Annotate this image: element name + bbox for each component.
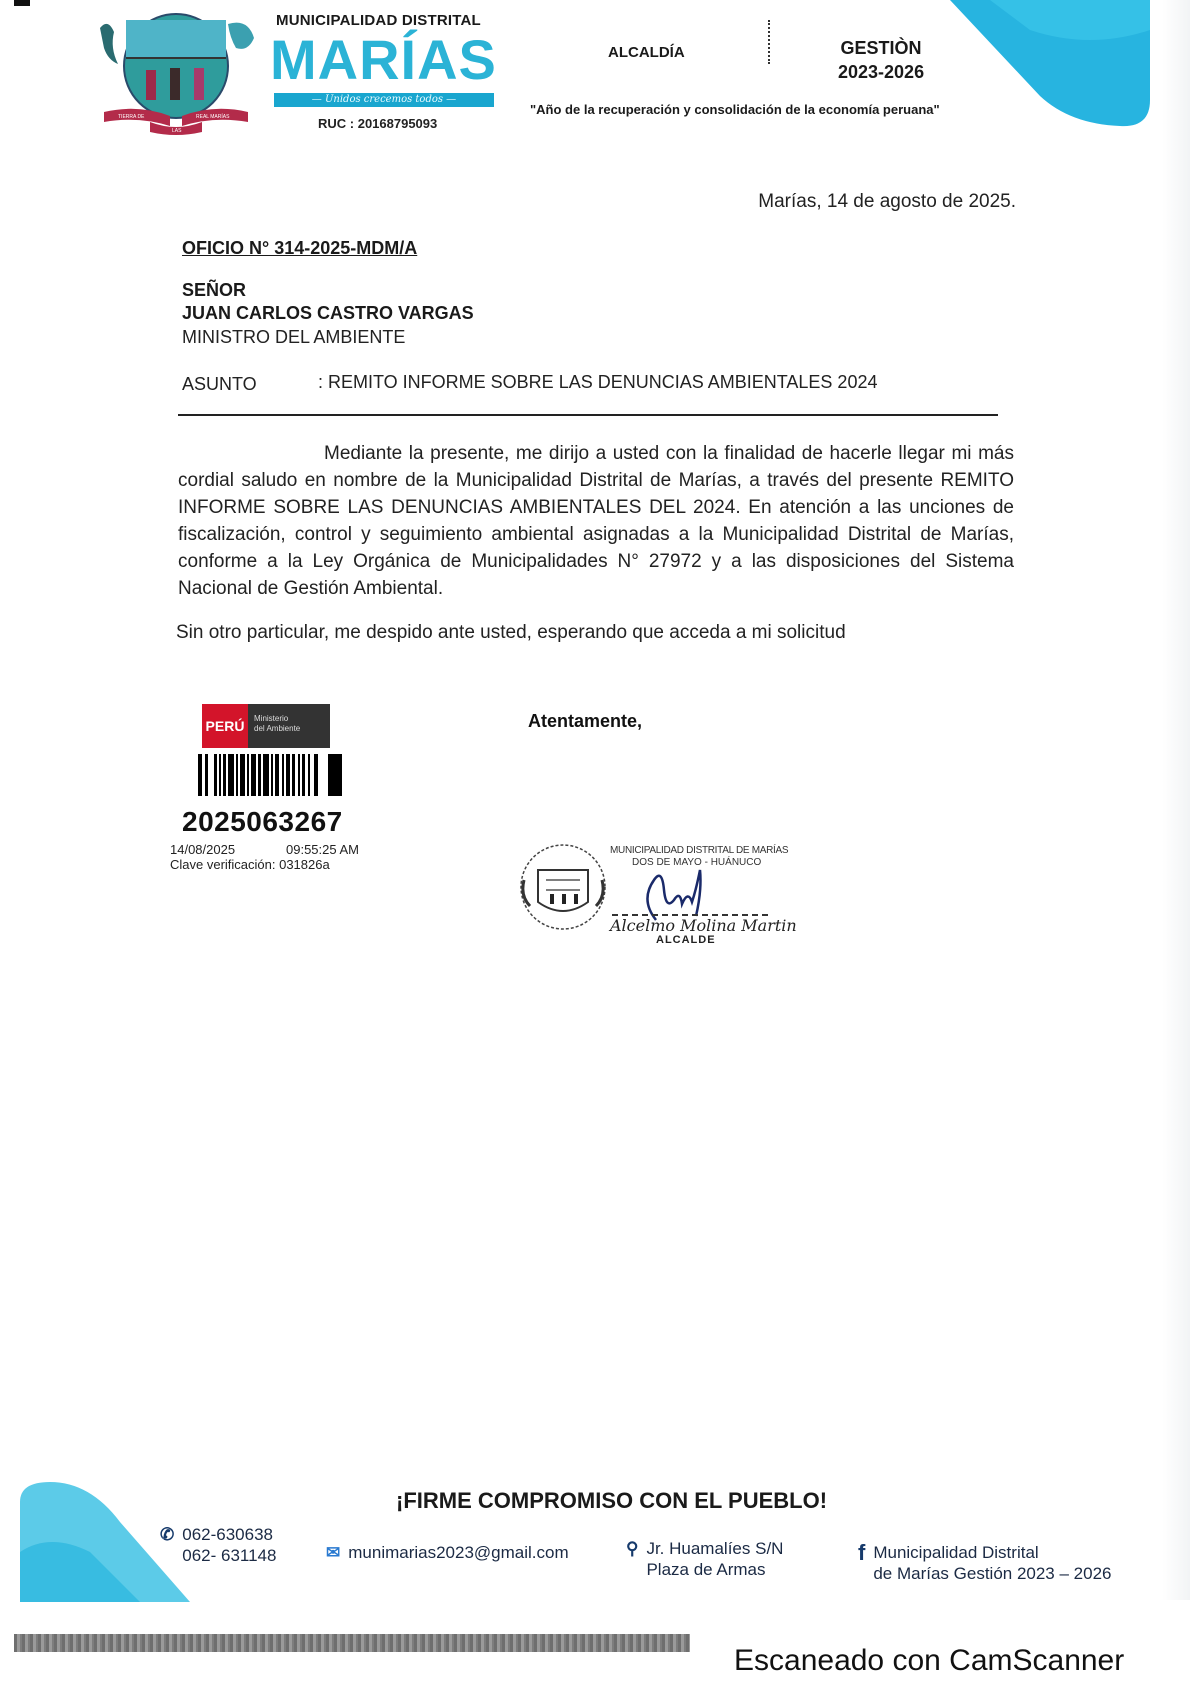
- place-date: Marías, 14 de agosto de 2025.: [758, 191, 1016, 213]
- contact-email: ✉ munimarias2023@gmail.com: [326, 1542, 569, 1563]
- signer-role: ALCALDE: [656, 934, 716, 946]
- slogan-banner: — Unidos crecemos todos —: [274, 93, 494, 107]
- municipality-label: MUNICIPALIDAD DISTRITAL: [276, 12, 481, 29]
- verification-key: Clave verificación: 031826a: [170, 857, 330, 872]
- seal-line-1: MUNICIPALIDAD DISTRITAL DE MARÍAS: [610, 845, 788, 856]
- municipal-crest-logo: TIERRA DE LAS REAL MARÍAS: [98, 8, 258, 138]
- map-pin-icon: ⚲: [626, 1538, 638, 1559]
- barcode: [198, 754, 348, 796]
- subject-label: ASUNTO: [182, 374, 257, 395]
- recipient-name: JUAN CARLOS CASTRO VARGAS: [182, 303, 474, 324]
- phone-1: 062-630638: [182, 1524, 276, 1545]
- ministry-logo: PERÚ Ministerio del Ambiente: [202, 704, 330, 748]
- management-years: 2023-2026: [838, 60, 924, 84]
- closing-line: Sin otro particular, me despido ante ust…: [176, 622, 846, 644]
- scan-corner-mark: [14, 0, 30, 6]
- contact-address: ⚲ Jr. Huamalíes S/N Plaza de Armas: [626, 1538, 783, 1580]
- contact-phone: ✆ 062-630638 062- 631148: [160, 1524, 276, 1566]
- phone-icon: ✆: [160, 1524, 174, 1545]
- header-divider: [768, 20, 772, 64]
- footer-slogan: ¡FIRME COMPROMISO CON EL PUEBLO!: [396, 1488, 827, 1514]
- subject-rule: [178, 414, 998, 416]
- signer-name: Alcelmo Molina Martin: [610, 916, 797, 935]
- facebook-icon: f: [858, 1542, 865, 1563]
- facebook-line-1: Municipalidad Distrital: [873, 1542, 1111, 1563]
- subject-value: : REMITO INFORME SOBRE LAS DENUNCIAS AMB…: [318, 372, 877, 393]
- email-address[interactable]: munimarias2023@gmail.com: [348, 1542, 568, 1563]
- municipality-name: MARÍAS: [270, 30, 497, 90]
- address-line-2: Plaza de Armas: [646, 1559, 783, 1580]
- phone-2: 062- 631148: [182, 1545, 276, 1566]
- official-seal: [516, 840, 610, 934]
- management-period: GESTIÒN 2023-2026: [838, 36, 924, 84]
- svg-text:LAS: LAS: [172, 128, 182, 134]
- decorative-wave-top: [950, 0, 1170, 130]
- recipient-role: MINISTRO DEL AMBIENTE: [182, 327, 405, 348]
- year-motto: "Año de la recuperación y consolidación …: [530, 102, 940, 117]
- registry-date: 14/08/2025: [170, 842, 235, 857]
- peru-label: PERÚ: [202, 704, 248, 748]
- office-label: ALCALDÍA: [608, 44, 685, 61]
- salutation: SEÑOR: [182, 280, 246, 301]
- address-line-1: Jr. Huamalíes S/N: [646, 1538, 783, 1559]
- ruc-number: RUC : 20168795093: [318, 116, 437, 131]
- page-edge-shadow: [1162, 0, 1190, 1600]
- document-reference: OFICIO N° 314-2025-MDM/A: [182, 238, 417, 259]
- registry-number: 2025063267: [182, 806, 343, 838]
- svg-text:TIERRA DE: TIERRA DE: [118, 114, 145, 120]
- management-label: GESTIÒN: [838, 36, 924, 60]
- scanner-watermark: Escaneado con CamScanner: [734, 1644, 1124, 1678]
- contact-facebook: f Municipalidad Distrital de Marías Gest…: [858, 1542, 1112, 1584]
- sign-off: Atentamente,: [528, 711, 642, 732]
- envelope-icon: ✉: [326, 1542, 340, 1563]
- scan-edge-strip: [14, 1634, 690, 1652]
- facebook-line-2: de Marías Gestión 2023 – 2026: [873, 1563, 1111, 1584]
- registry-time: 09:55:25 AM: [286, 842, 359, 857]
- svg-text:REAL MARÍAS: REAL MARÍAS: [196, 113, 230, 120]
- letter-body: Mediante la presente, me dirijo a usted …: [178, 440, 1014, 602]
- ministry-name: Ministerio del Ambiente: [248, 704, 330, 748]
